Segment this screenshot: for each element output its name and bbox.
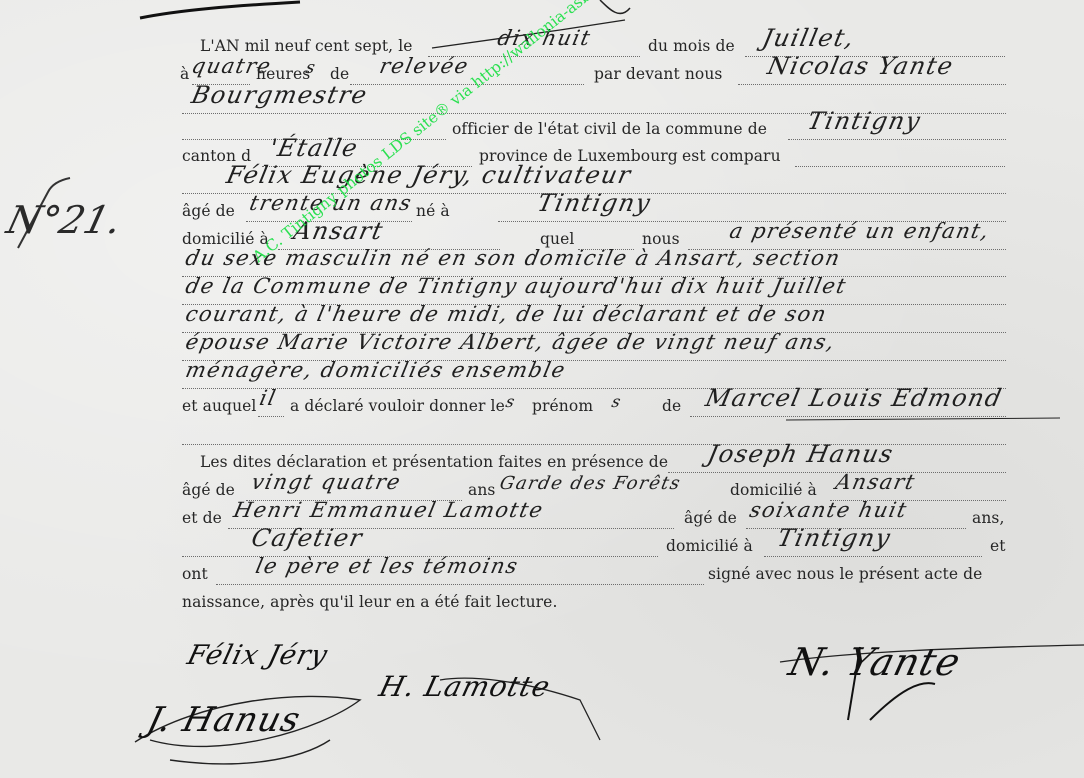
fill-witness-2-domicile: Tintigny [764,532,982,557]
printed-text: est comparu [682,142,781,170]
handwritten-birthplace: Tintigny [535,189,654,217]
printed-text: à [180,60,189,88]
birth-certificate-page: N°21. L'AN mil neuf cent sept, le dix hu… [0,0,1084,778]
handwritten-witness-2-age: soixante huit [747,496,910,524]
handwritten-month: Juillet, [760,24,858,52]
handwritten-presentation: a présenté un enfant, [727,217,992,245]
line-hour: à quatre heures s de relevée par devant … [0,60,1084,88]
printed-text: et [990,532,1006,560]
printed-text: âgé de [684,504,737,532]
signature-officer: N. Yante [785,640,966,684]
handwritten-text: ménagère, domiciliés ensemble [183,356,569,384]
line-signatories: ont le père et les témoins signé avec no… [0,560,1084,588]
fill-officer-name: Nicolas Yante [738,60,1006,85]
printed-text: par devant nous [594,60,722,88]
handwritten-canton: 'Étalle [267,134,361,162]
printed-text: né à [416,197,450,225]
fill-pronoun: il [258,392,284,417]
fill-given-names: Marcel Louis Edmond [690,392,1006,417]
handwritten-text: courant, à l'heure de midi, de lui décla… [183,300,830,328]
printed-text: ans, [972,504,1005,532]
printed-text: officier de l'état civil de la commune d… [452,115,767,143]
handwritten-plural: s [609,388,625,416]
signature-declarant: Félix Jéry [184,640,331,671]
fill-witness-1: Joseph Hanus [668,448,1006,473]
handwritten-title: Bourgmestre [189,81,370,109]
handwritten-officer-name: Nicolas Yante [765,52,957,80]
printed-text: domicilié à [666,532,753,560]
handwritten-witness-1-profession: Garde des Forêts [497,470,684,498]
printed-text: et auquel [182,392,257,420]
line-blank [0,420,1084,448]
printed-text: naissance, après qu'il leur en a été fai… [182,588,557,616]
fill-signatories: le père et les témoins [216,560,704,585]
handwritten-witness-1: Joseph Hanus [705,440,896,468]
handwritten-commune: Tintigny [805,107,924,135]
handwritten-witness-1-age: vingt quatre [249,468,404,496]
line-closing: naissance, après qu'il leur en a été fai… [0,588,1084,616]
handwritten-witness-1-domicile: Ansart [833,468,918,496]
printed-text: ont [182,560,208,588]
printed-text: âgé de [182,476,235,504]
line-commune: officier de l'état civil de la commune d… [0,115,1084,143]
handwritten-witness-2-profession: Cafetier [249,524,366,552]
signature-witness-2: H. Lamotte [376,670,554,703]
handwritten-witness-2-name: Henri Emmanuel Lamotte [231,496,547,524]
printed-text: de [662,392,681,420]
handwritten-given-names: Marcel Louis Edmond [703,384,1005,412]
handwritten-witness-2-domicile: Tintigny [775,524,894,552]
line-witness-2-details: Cafetier domicilié à Tintigny et [0,532,1084,560]
handwritten-text: de la Commune de Tintigny aujourd'hui di… [183,272,849,300]
printed-text: du mois de [648,32,735,60]
printed-text: prénom [532,392,593,420]
fill-blank [795,142,1005,167]
handwritten-plural: s [503,388,519,416]
printed-text: signé avec nous le présent acte de [708,560,982,588]
handwritten-period: relevée [377,52,472,80]
fill-commune: Tintigny [788,115,1006,140]
line-witness-2: et de Henri Emmanuel Lamotte âgé de soix… [0,504,1084,532]
printed-text: a déclaré vouloir donner le [290,392,505,420]
handwritten-signatories: le père et les témoins [253,552,521,580]
printed-text: âgé de [182,197,235,225]
handwritten-text: épouse Marie Victoire Albert, âgée de vi… [183,328,838,356]
handwritten-declarant: Félix Eugène Jéry, cultivateur [224,161,634,189]
line-given-names: et auquel il a déclaré vouloir donner le… [0,392,1084,420]
signature-witness-1: J. Hanus [143,700,305,740]
printed-text: et de [182,504,222,532]
